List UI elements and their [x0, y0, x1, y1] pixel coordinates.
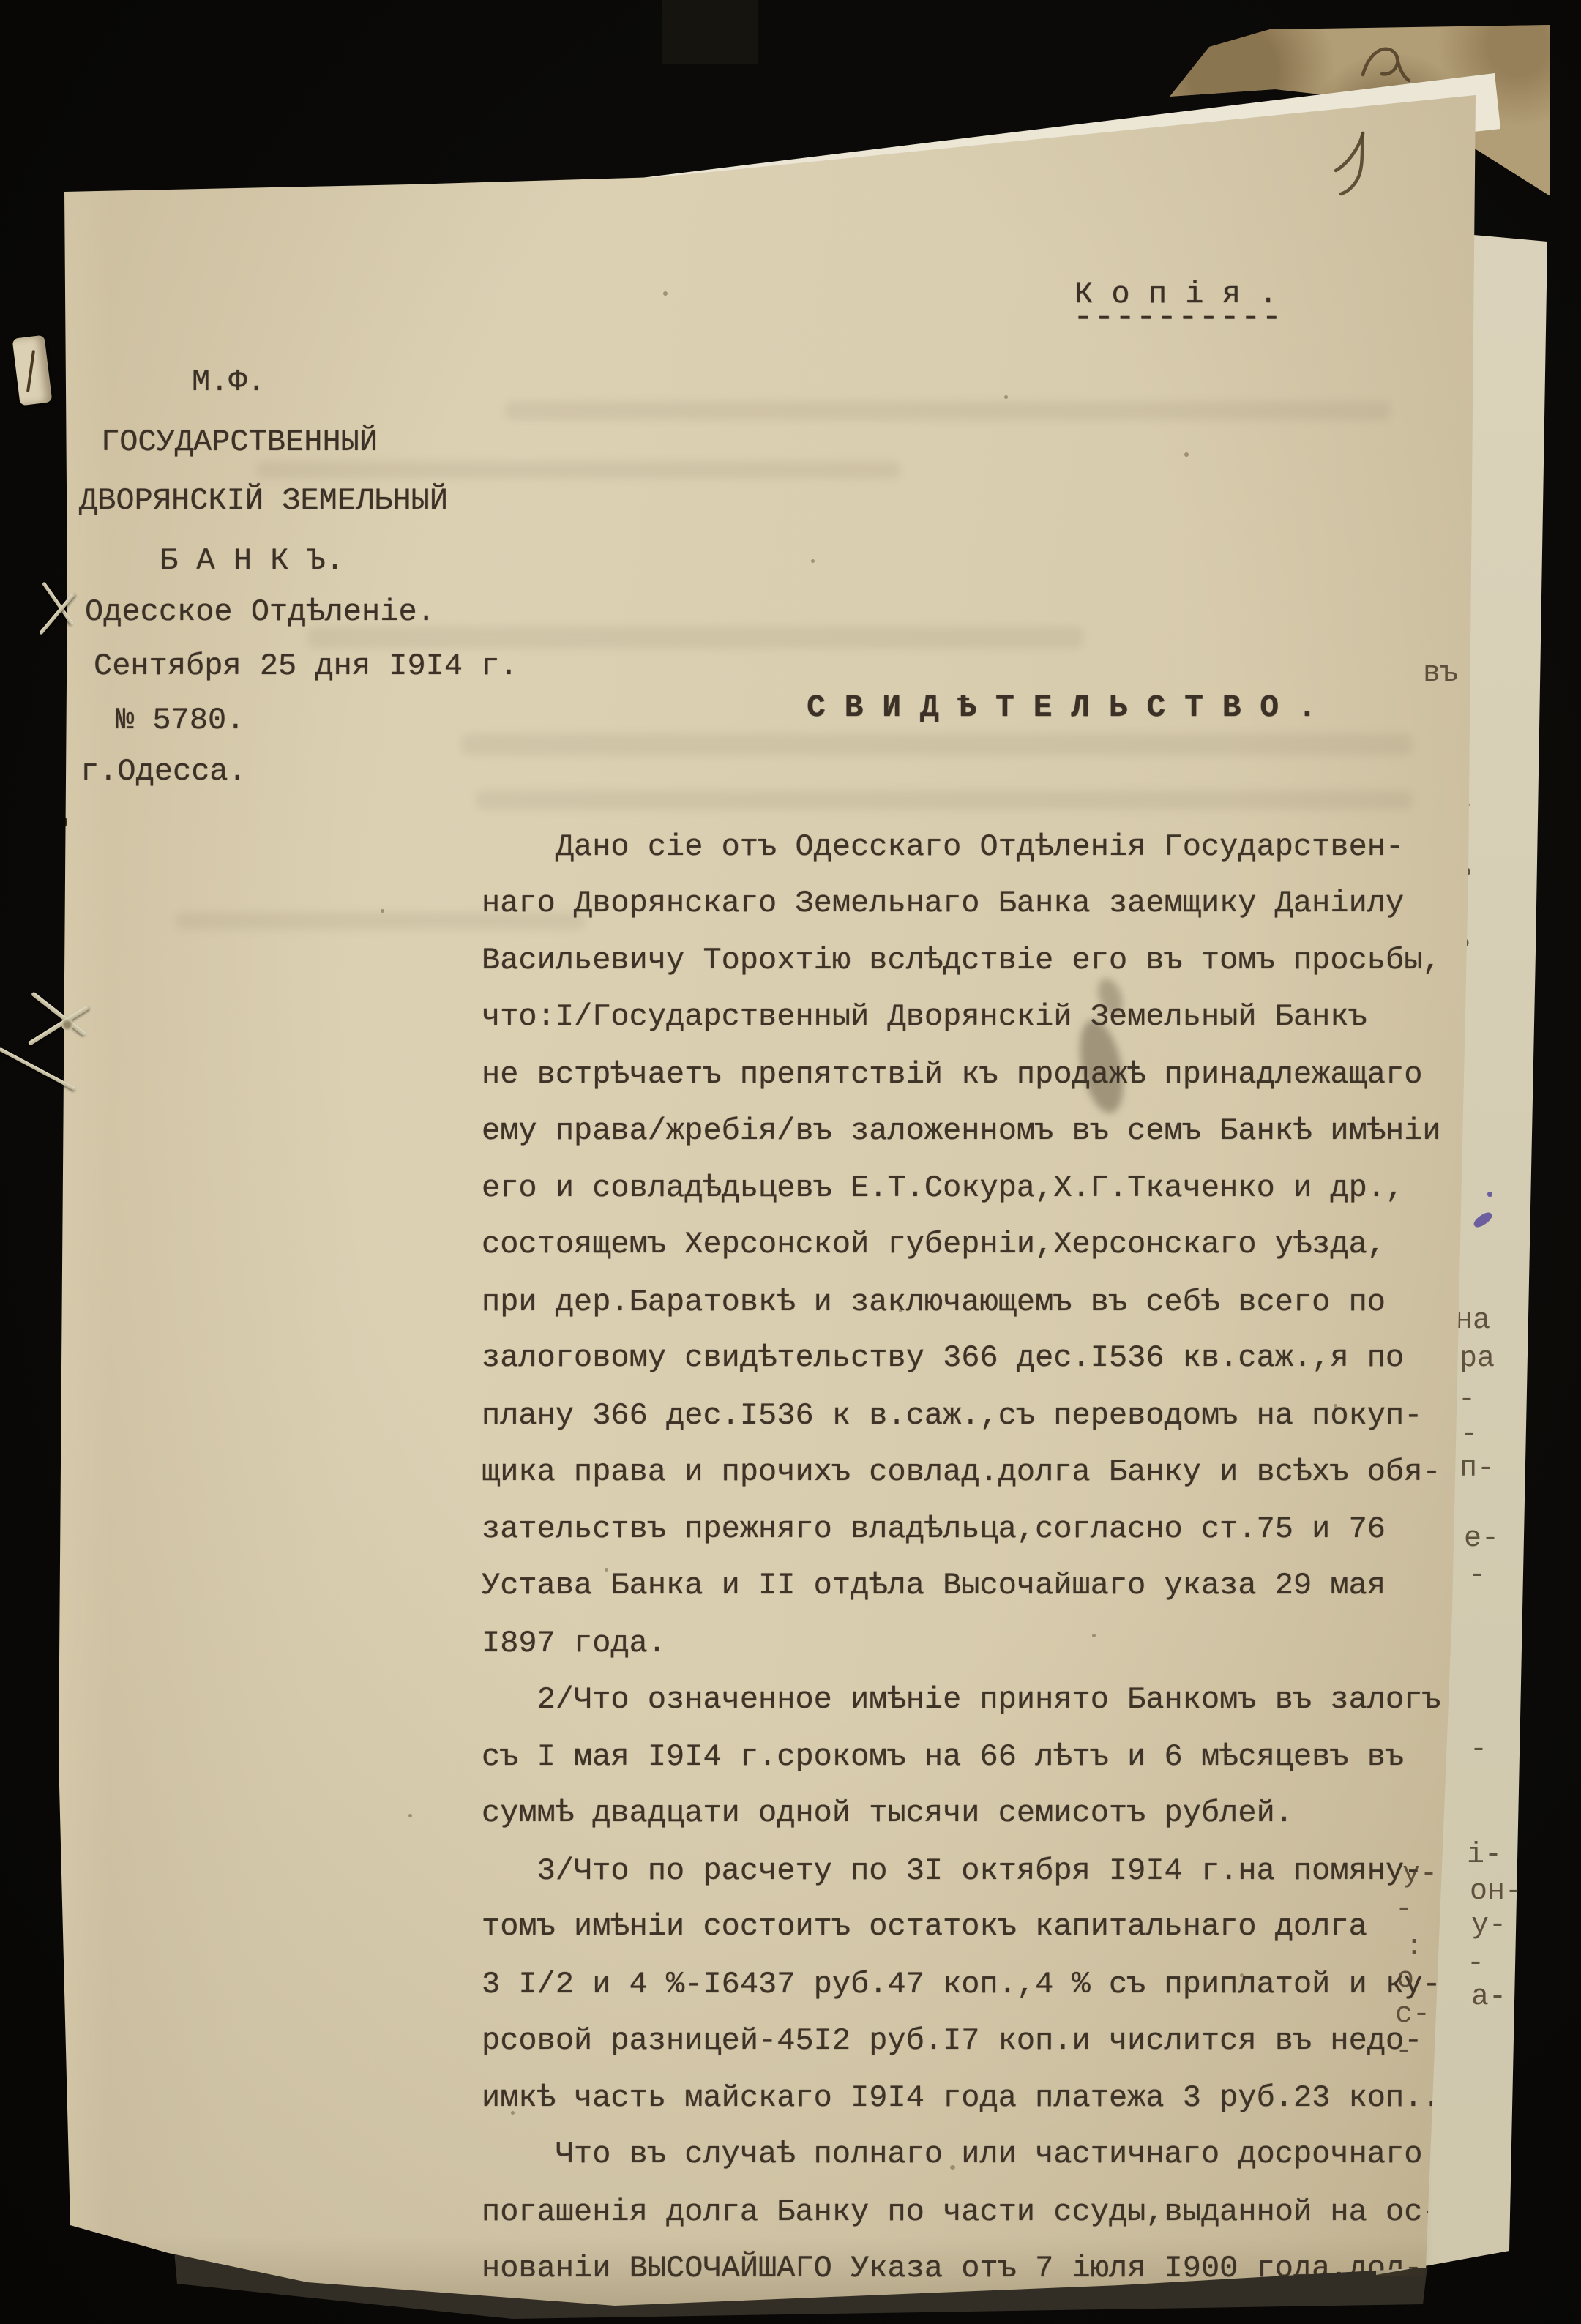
text-fragment: е-	[1464, 1522, 1499, 1555]
archival-photo: ъ-ьънара--п-е---і-он-у--а- М	[0, 0, 1581, 2324]
text-fragment: -	[1468, 1559, 1486, 1592]
text-fragment: -	[1395, 1893, 1413, 1926]
purple-ink-dot	[1487, 1192, 1492, 1197]
text-fragment: -	[1460, 1419, 1478, 1451]
text-fragment: у-	[1402, 1858, 1438, 1891]
text-fragment: -	[1458, 1383, 1476, 1416]
text-fragment: с-	[1395, 1998, 1430, 2031]
text-fragment: а-	[1471, 1981, 1506, 2014]
text-fragment: -	[1470, 1733, 1487, 1766]
text-fragment: -	[1395, 2035, 1413, 2068]
text-fragment: -	[1467, 1947, 1484, 1980]
text-fragment: :	[1405, 1931, 1423, 1964]
text-fragment: ра	[1459, 1342, 1495, 1375]
text-fragment: въ	[1423, 657, 1458, 690]
handwriting-squiggle-icon	[1354, 38, 1420, 83]
text-fragment: і-	[1467, 1839, 1502, 1872]
folio-number-handwritten	[1329, 129, 1376, 199]
text-fragment: п-	[1459, 1452, 1495, 1485]
document-page: М.Ф.ГОСУДАРСТВЕННЫЙДВОРЯНСКІЙ ЗЕМЕЛЬНЫЙБ…	[0, 0, 1581, 2324]
text-fragment: он-	[1470, 1875, 1522, 1908]
text-fragment: на	[1455, 1304, 1490, 1337]
thread-knot	[61, 1019, 73, 1031]
text-fragment: у-	[1471, 1909, 1506, 1942]
text-fragment: о	[1397, 1963, 1414, 1996]
page-margin-fragments: въу--:ос--	[0, 0, 1581, 2324]
